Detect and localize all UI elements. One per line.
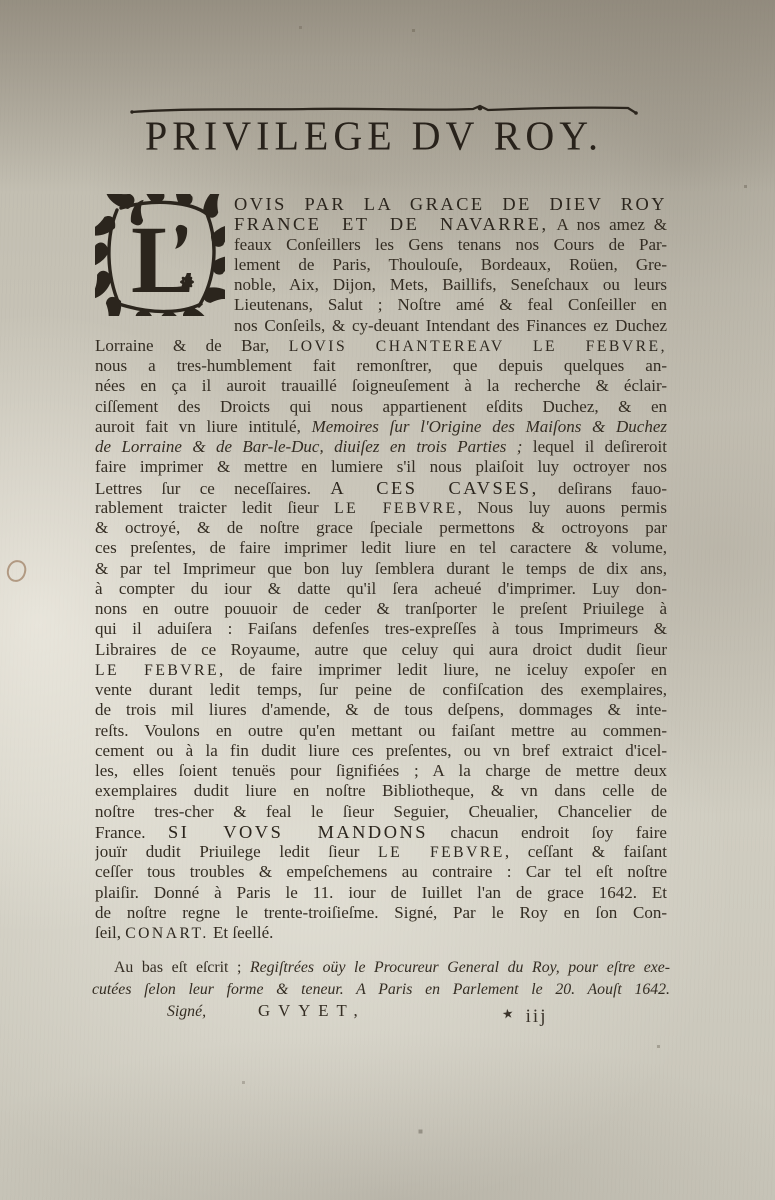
- text-segment: LE FEBVRE: [95, 662, 219, 679]
- text-line: reſts. Voulons en outre qu'en mettant ou…: [95, 721, 667, 741]
- text-segment: reſts. Voulons en outre qu'en mettant ou…: [95, 721, 667, 740]
- text-segment: à compter du iour & datte qu'il ſera ach…: [95, 579, 667, 598]
- text-segment: lequel il deſireroit: [522, 437, 667, 456]
- signature-mark-text: iij: [526, 1006, 548, 1027]
- text-line: Libraires de ce Royaume, autre que celuy…: [95, 640, 667, 660]
- text-line: nons en outre pouuoir de ceder & tranſpo…: [95, 599, 667, 619]
- text-segment: exemplaires dudit liure en noſtre Biblio…: [95, 781, 667, 800]
- text-segment: LE FEBVRE: [378, 844, 505, 861]
- text-line: LE FEBVRE, de faire imprimer ledit liure…: [95, 660, 667, 680]
- text-segment: Signé,: [167, 1003, 206, 1020]
- text-segment: CONART.: [125, 925, 209, 942]
- text-line: faire imprimer & mettre en lumiere s'il …: [95, 457, 667, 477]
- text-line: vente durant ledit temps, ſur peine de c…: [95, 680, 667, 700]
- drop-cap-letter: L: [131, 206, 195, 313]
- text-line: nous a tres-humblement fait remonſtrer, …: [95, 356, 667, 376]
- text-segment: qui il aduiſera : Faiſans defenſes tres-…: [95, 619, 667, 638]
- text-segment: ceſſer tous troubles & empeſchemens au c…: [95, 862, 667, 881]
- text-segment: noble, Aix, Dijon, Mets, Baillifs, Seneſ…: [234, 275, 667, 294]
- text-line: plaiſir. Donné à Paris le 11. iour de Iu…: [95, 883, 667, 903]
- text-line: cement ou à la fin dudit liure ces preſe…: [95, 741, 667, 761]
- text-line: & par tel Imprimeur que bon luy ſemblera…: [95, 559, 667, 579]
- text-segment: , de faire imprimer ledit liure, ne icel…: [219, 660, 667, 679]
- text-segment: vente durant ledit temps, ſur peine de c…: [95, 680, 667, 699]
- text-line: & octroyé, & de noſtre grace ſpeciale pe…: [95, 518, 667, 538]
- text-segment: , ceſſant & faiſant: [505, 842, 667, 861]
- text-line: rablement traicter ledit ſieur LE FEBVRE…: [95, 498, 667, 518]
- text-segment: FRANCE ET DE NAVARRE,: [234, 214, 549, 234]
- text-line: à compter du iour & datte qu'il ſera ach…: [95, 579, 667, 599]
- text-line: ciſſement des Droicts qui nous appartien…: [95, 397, 667, 417]
- text-segment: & par tel Imprimeur que bon luy ſemblera…: [95, 559, 667, 578]
- text-segment: , Nous luy auons permis: [458, 498, 667, 517]
- text-segment: nous a tres-humblement fait remonſtrer, …: [95, 356, 667, 375]
- text-segment: de trois mil liures d'amende, & de tous …: [95, 700, 667, 719]
- text-line: OVIS PAR LA GRACE DE DIEV ROY DE: [234, 194, 667, 214]
- text-line: nées en ça il auroit trauaillé ſoigneuſe…: [95, 376, 667, 396]
- text-segment: nos Conſeils, & cy-deuant Intendant des …: [234, 316, 667, 336]
- text-segment: OVIS PAR LA GRACE DE DIEV ROY DE: [234, 194, 667, 214]
- text-line: ceſſer tous troubles & empeſchemens au c…: [95, 862, 667, 882]
- paper-specks: [0, 0, 1, 1]
- text-line: auroit fait vn liure intitulé, Memoires …: [95, 417, 667, 437]
- text-line: France. SI VOVS MANDONS chacun endroit ſ…: [95, 822, 667, 842]
- text-segment: cutées ſelon leur forme & teneur. A Pari…: [92, 981, 670, 998]
- text-segment: A nos amez &: [549, 215, 667, 234]
- text-segment: ces preſentes, de faire imprimer ledit l…: [95, 538, 667, 557]
- text-line: FRANCE ET DE NAVARRE, A nos amez &: [234, 214, 667, 234]
- page-title: PRIVILEGE DV ROY.: [100, 111, 648, 160]
- text-segment: auroit fait vn liure intitulé,: [95, 417, 312, 436]
- text-segment: Lorraine & de Bar,: [95, 336, 289, 355]
- text-line: ces preſentes, de faire imprimer ledit l…: [95, 538, 667, 558]
- text-segment: Lieutenans, Salut ; Noſtre amé & feal Co…: [234, 295, 667, 314]
- text-line: jouïr dudit Priuilege ledit ſieur LE FEB…: [95, 842, 667, 862]
- text-segment: & octroyé, & de noſtre grace ſpeciale pe…: [95, 518, 667, 537]
- registration-note: Au bas eſt eſcrit ; Regiſtrées oüy le Pr…: [92, 957, 670, 1022]
- text-line: feaux Conſeillers les Gens tenans nos Co…: [234, 235, 667, 255]
- text-line: exemplaires dudit liure en noſtre Biblio…: [95, 781, 667, 801]
- ink-stain: [5, 558, 29, 584]
- text-segment: Libraires de ce Royaume, autre que celuy…: [95, 640, 667, 659]
- text-segment: jouïr dudit Priuilege ledit ſieur: [95, 842, 378, 861]
- text-line: Lettres ſur ce neceſſaires. A CES CAVSES…: [95, 478, 667, 498]
- text-segment: nées en ça il auroit trauaillé ſoigneuſe…: [95, 376, 667, 395]
- text-line: noble, Aix, Dijon, Mets, Baillifs, Seneſ…: [234, 275, 667, 295]
- book-page: PRIVILEGE DV ROY.: [0, 0, 775, 1200]
- text-segment: plaiſir. Donné à Paris le 11. iour de Iu…: [95, 883, 667, 902]
- text-segment: A CES CAVSES,: [330, 478, 538, 498]
- text-segment: LE FEBVRE: [334, 500, 458, 517]
- text-segment: feaux Conſeillers les Gens tenans nos Co…: [234, 235, 667, 254]
- text-segment: ſeil,: [95, 923, 125, 942]
- text-segment: noſtre tres-cher & feal le ſieur Seguier…: [95, 802, 667, 821]
- text-segment: Au bas eſt eſcrit ;: [114, 959, 250, 976]
- text-segment: Lettres ſur ce neceſſaires.: [95, 479, 330, 498]
- text-line: Lieutenans, Salut ; Noſtre amé & feal Co…: [234, 295, 667, 315]
- text-segment: Memoires ſur l'Origine des Maiſons & Duc…: [312, 417, 667, 436]
- text-segment: SI VOVS MANDONS: [168, 822, 428, 842]
- text-line: Au bas eſt eſcrit ; Regiſtrées oüy le Pr…: [92, 957, 670, 979]
- colophon-lines: Au bas eſt eſcrit ; Regiſtrées oüy le Pr…: [92, 957, 670, 1022]
- text-line: de trois mil liures d'amende, & de tous …: [95, 700, 667, 720]
- text-segment: de noſtre regne le trente-troiſieſme. Si…: [95, 903, 667, 922]
- star-icon: ★: [501, 1005, 517, 1023]
- drop-cap: L: [95, 194, 225, 316]
- text-segment: chacun endroit ſoy faire: [428, 823, 667, 842]
- text-segment: rablement traicter ledit ſieur: [95, 498, 334, 517]
- text-line: noſtre tres-cher & feal le ſieur Seguier…: [95, 802, 667, 822]
- text-segment: Regiſtrées oüy le Procureur General du R…: [250, 959, 670, 976]
- text-line: cutées ſelon leur forme & teneur. A Pari…: [92, 979, 670, 1001]
- text-line: de noſtre regne le trente-troiſieſme. Si…: [95, 903, 667, 923]
- text-segment: cement ou à la fin dudit liure ces preſe…: [95, 741, 667, 760]
- text-segment: faire imprimer & mettre en lumiere s'il …: [95, 457, 667, 476]
- text-line: Signé,GVYET,: [92, 1000, 670, 1022]
- text-segment: les, elles ſoient tenuës pour ſignifiées…: [95, 761, 667, 780]
- text-segment: Et ſeellé.: [209, 923, 274, 942]
- text-segment: LOVIS CHANTEREAV LE FEBVRE,: [289, 338, 667, 355]
- text-segment: lement de Paris, Thoulouſe, Bordeaux, Ro…: [234, 255, 667, 274]
- text-line: nos Conſeils, & cy-deuant Intendant des …: [234, 316, 667, 336]
- text-line: ſeil, CONART. Et ſeellé.: [95, 923, 667, 943]
- text-line: de Lorraine & de Bar-le-Duc, diuiſez en …: [95, 437, 667, 457]
- text-line: Lorraine & de Bar, LOVIS CHANTEREAV LE F…: [95, 336, 667, 356]
- text-segment: ciſſement des Droicts qui nous appartien…: [95, 397, 667, 416]
- text-segment: nons en outre pouuoir de ceder & tranſpo…: [95, 599, 667, 618]
- text-segment: GVYET,: [258, 1001, 366, 1020]
- text-segment: France.: [95, 823, 168, 842]
- text-segment: de Lorraine & de Bar-le-Duc, diuiſez en …: [95, 437, 522, 456]
- signature-mark: ★iij: [502, 1006, 548, 1028]
- text-line: lement de Paris, Thoulouſe, Bordeaux, Ro…: [234, 255, 667, 275]
- text-segment: deſirans fauo-: [539, 479, 667, 498]
- text-line: qui il aduiſera : Faiſans defenſes tres-…: [95, 619, 667, 639]
- text-line: les, elles ſoient tenuës pour ſignifiées…: [95, 761, 667, 781]
- privilege-text: L OVIS PAR LA GRACE DE DIEV ROY DEFRANCE…: [95, 194, 667, 943]
